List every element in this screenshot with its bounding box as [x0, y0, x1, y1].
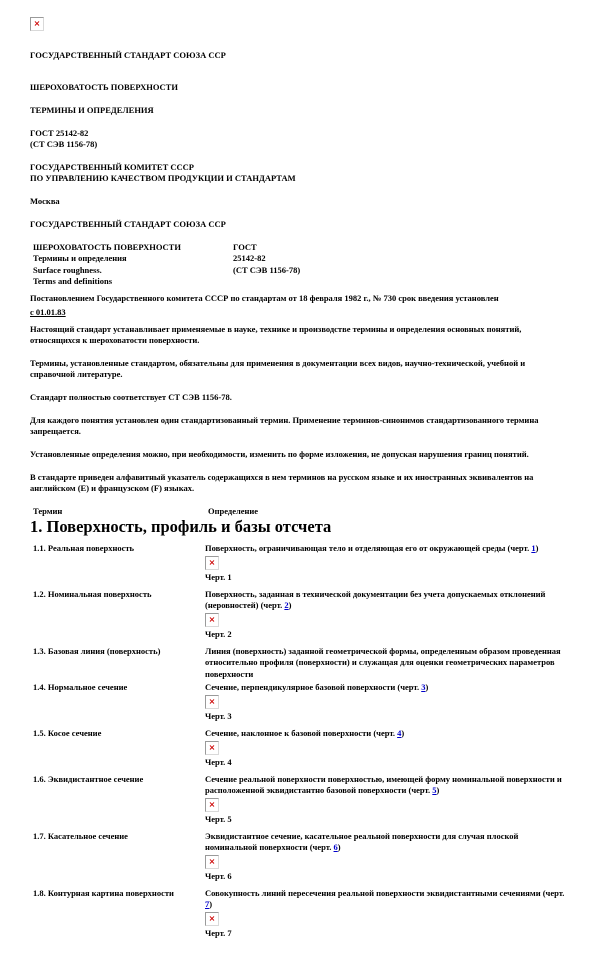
definition-cell: Эквидистантное сечение, касательное реал… [205, 831, 565, 886]
figure-caption: Черт. 7 [205, 928, 565, 939]
figure-caption: Черт. 1 [205, 572, 565, 583]
org-heading-repeat: ГОСУДАРСТВЕННЫЙ СТАНДАРТ СОЮЗА ССР [30, 219, 565, 230]
broken-image-icon: × [205, 912, 219, 926]
broken-image-x: × [206, 856, 218, 868]
document-page: × ГОСУДАРСТВЕННЫЙ СТАНДАРТ СОЮЗА ССР ШЕР… [0, 0, 595, 965]
figure-block: × Черт. 4 [205, 741, 565, 768]
title-block: ШЕРОХОВАТОСТЬ ПОВЕРХНОСТИ Термины и опре… [30, 242, 565, 286]
definition-text-after: ) [536, 543, 539, 553]
definition-cell: Поверхность, заданная в технической доку… [205, 589, 565, 644]
definition-text-after: ) [425, 682, 428, 692]
term-cell: 1.3. Базовая линия (поверхность) [30, 646, 205, 679]
broken-image-x: × [206, 913, 218, 925]
committee-line2: ПО УПРАВЛЕНИЮ КАЧЕСТВОМ ПРОДУКЦИИ И СТАН… [30, 173, 565, 184]
term-cell: 1.8. Контурная картина поверхности [30, 888, 205, 943]
term-cell: 1.2. Номинальная поверхность [30, 589, 205, 644]
figure-block: × Черт. 5 [205, 798, 565, 825]
title-en: Surface roughness. [33, 265, 233, 276]
gost-code: 25142-82 [233, 253, 565, 264]
definition-text-after: ) [437, 785, 440, 795]
broken-image-x: × [206, 557, 218, 569]
definition-cell: Совокупность линий пересечения реальной … [205, 888, 565, 943]
gost-label: ГОСТ [233, 242, 565, 253]
section-title: 1. Поверхность, профиль и базы отсчета [30, 518, 565, 537]
intro-paragraph: Стандарт полностью соответствует СТ СЭВ … [30, 392, 565, 403]
intro-paragraph: В стандарте приведен алфавитный указател… [30, 472, 565, 494]
gost-number-block: ГОСТ 25142-82 (СТ СЭВ 1156-78) [30, 128, 565, 150]
title-block-left: ШЕРОХОВАТОСТЬ ПОВЕРХНОСТИ Термины и опре… [30, 242, 233, 286]
term-cell: 1.5. Косое сечение [30, 728, 205, 772]
term-cell: 1.1. Реальная поверхность [30, 543, 205, 587]
figure-caption: Черт. 5 [205, 814, 565, 825]
definition-text-after: ) [338, 842, 341, 852]
table-row: 1.6. Эквидистантное сечение Сечение реал… [30, 774, 565, 829]
figure-block: × Черт. 2 [205, 613, 565, 640]
figure-caption: Черт. 6 [205, 871, 565, 882]
figure-block: × Черт. 6 [205, 855, 565, 882]
city-label: Москва [30, 196, 565, 207]
decree-paragraph: Постановлением Государственного комитета… [30, 293, 565, 304]
title-ru-caps: ШЕРОХОВАТОСТЬ ПОВЕРХНОСТИ [33, 242, 233, 253]
top-figure-block: × [30, 17, 565, 31]
definition-text: Линия (поверхность) заданной геометричес… [205, 646, 561, 678]
table-header-row: Термин Определение [30, 506, 565, 517]
definition-cell: Сечение, перпендикулярное базовой поверх… [205, 682, 565, 726]
column-header-definition: Определение [208, 506, 258, 517]
broken-image-x: × [31, 18, 43, 30]
intro-paragraph: Термины, установленные стандартом, обяза… [30, 358, 565, 380]
broken-image-x: × [206, 614, 218, 626]
term-cell: 1.6. Эквидистантное сечение [30, 774, 205, 829]
table-row: 1.7. Касательное сечение Эквидистантное … [30, 831, 565, 886]
intro-paragraph: Установленные определения можно, при нео… [30, 449, 565, 460]
definition-text: Поверхность, заданная в технической доку… [205, 589, 545, 610]
table-row: 1.4. Нормальное сечение Сечение, перпенд… [30, 682, 565, 726]
figure-caption: Черт. 2 [205, 629, 565, 640]
definition-cell: Линия (поверхность) заданной геометричес… [205, 646, 565, 679]
figure-caption: Черт. 3 [205, 711, 565, 722]
title-block-right: ГОСТ 25142-82 (СТ СЭВ 1156-78) [233, 242, 565, 286]
definition-text: Совокупность линий пересечения реальной … [205, 888, 564, 898]
definition-text: Сечение, наклонное к базовой поверхности… [205, 728, 397, 738]
document-subtitle: ТЕРМИНЫ И ОПРЕДЕЛЕНИЯ [30, 105, 565, 116]
definition-cell: Сечение, наклонное к базовой поверхности… [205, 728, 565, 772]
definition-text-after: ) [401, 728, 404, 738]
broken-image-x: × [206, 696, 218, 708]
definitions-table-body: 1.1. Реальная поверхность Поверхность, о… [30, 543, 565, 943]
broken-image-x: × [206, 799, 218, 811]
column-header-term: Термин [30, 506, 208, 517]
figure-caption: Черт. 4 [205, 757, 565, 768]
title-en-sub: Terms and definitions [33, 276, 233, 287]
definition-text-after: ) [209, 899, 212, 909]
definition-text-after: ) [289, 600, 292, 610]
broken-image-x: × [206, 742, 218, 754]
figure-block: × Черт. 1 [205, 556, 565, 583]
definition-text: Поверхность, ограничивающая тело и отдел… [205, 543, 531, 553]
intro-paragraph: Для каждого понятия установлен один стан… [30, 415, 565, 437]
org-heading-top: ГОСУДАРСТВЕННЫЙ СТАНДАРТ СОЮЗА ССР [30, 50, 565, 61]
title-ru-sub: Термины и определения [33, 253, 233, 264]
table-row: 1.5. Косое сечение Сечение, наклонное к … [30, 728, 565, 772]
figure-block: × Черт. 7 [205, 912, 565, 939]
definition-cell: Поверхность, ограничивающая тело и отдел… [205, 543, 565, 587]
term-cell: 1.4. Нормальное сечение [30, 682, 205, 726]
definition-text: Эквидистантное сечение, касательное реал… [205, 831, 518, 852]
broken-image-icon: × [205, 741, 219, 755]
broken-image-icon: × [205, 798, 219, 812]
broken-image-icon: × [205, 613, 219, 627]
table-row: 1.8. Контурная картина поверхности Совок… [30, 888, 565, 943]
gost-number-line1: ГОСТ 25142-82 [30, 128, 565, 139]
document-title: ШЕРОХОВАТОСТЬ ПОВЕРХНОСТИ [30, 82, 565, 93]
definition-cell: Сечение реальной поверхности поверхность… [205, 774, 565, 829]
table-row: 1.1. Реальная поверхность Поверхность, о… [30, 543, 565, 587]
intro-paragraph: Настоящий стандарт устанавливает применя… [30, 324, 565, 346]
broken-image-icon: × [205, 855, 219, 869]
figure-block: × Черт. 3 [205, 695, 565, 722]
table-row: 1.2. Номинальная поверхность Поверхность… [30, 589, 565, 644]
broken-image-icon: × [205, 556, 219, 570]
table-row: 1.3. Базовая линия (поверхность) Линия (… [30, 646, 565, 679]
effective-date: с 01.01.83 [30, 307, 565, 318]
broken-image-icon: × [205, 695, 219, 709]
gost-number-line2: (СТ СЭВ 1156-78) [30, 139, 565, 150]
sev-code: (СТ СЭВ 1156-78) [233, 265, 565, 276]
committee-line1: ГОСУДАРСТВЕННЫЙ КОМИТЕТ СССР [30, 162, 565, 173]
term-cell: 1.7. Касательное сечение [30, 831, 205, 886]
broken-image-icon: × [30, 17, 44, 31]
definition-text: Сечение, перпендикулярное базовой поверх… [205, 682, 421, 692]
definition-text: Сечение реальной поверхности поверхность… [205, 774, 562, 795]
committee-block: ГОСУДАРСТВЕННЫЙ КОМИТЕТ СССР ПО УПРАВЛЕН… [30, 162, 565, 184]
